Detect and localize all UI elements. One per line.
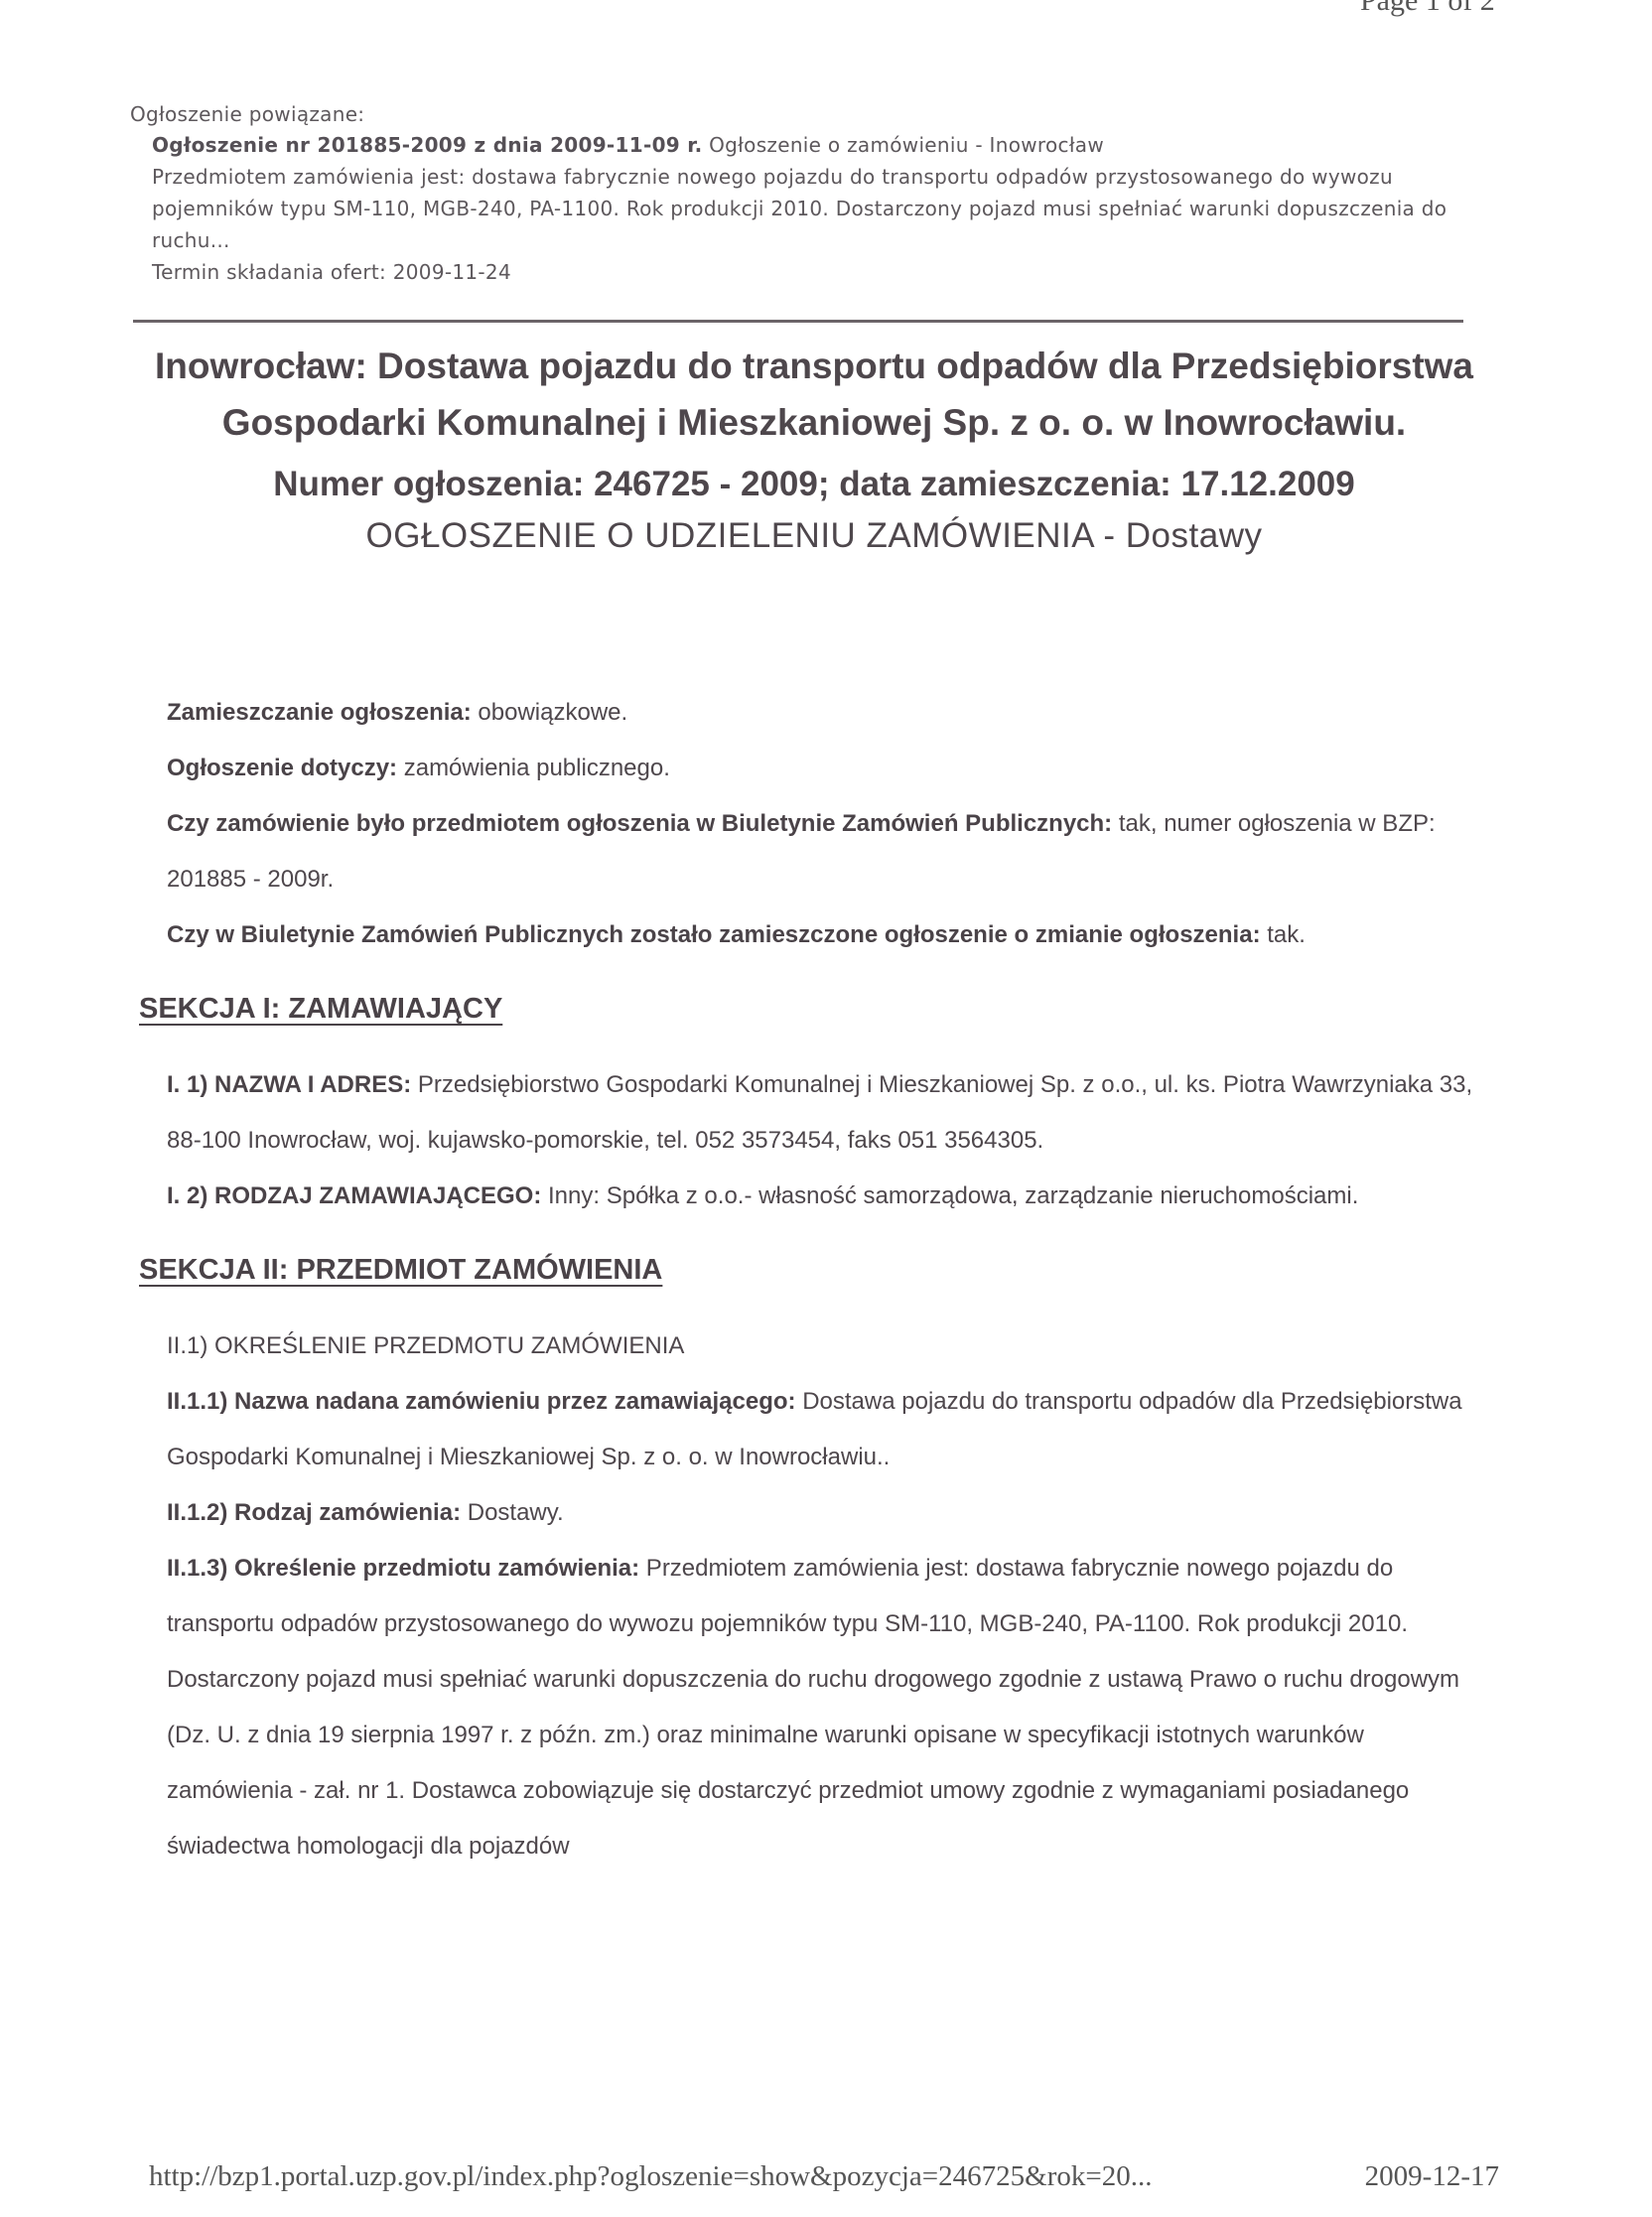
field-name-address: I. 1) NAZWA I ADRES: Przedsiębiorstwo Go… bbox=[167, 1057, 1477, 1169]
field-contracting-type: I. 2) RODZAJ ZAMAWIAJĄCEGO: Inny: Spółka… bbox=[167, 1169, 1477, 1224]
related-notice-summary: Przedmiotem zamówienia jest: dostawa fab… bbox=[152, 161, 1500, 256]
field-placement: Zamieszczanie ogłoszenia: obowiązkowe. bbox=[167, 685, 1477, 741]
related-notice-kind: Ogłoszenie o zamówieniu - Inowrocław bbox=[702, 133, 1104, 157]
field-label: I. 1) NAZWA I ADRES: bbox=[167, 1071, 411, 1098]
related-notice-item: Ogłoszenie nr 201885-2009 z dnia 2009-11… bbox=[152, 129, 1500, 288]
field-contract-subject: II.1.3) Określenie przedmiotu zamówienia… bbox=[167, 1541, 1477, 1874]
footer-url[interactable]: http://bzp1.portal.uzp.gov.pl/index.php?… bbox=[149, 2160, 1152, 2193]
notice-content: Zamieszczanie ogłoszenia: obowiązkowe. O… bbox=[167, 685, 1477, 1874]
page-title: Inowrocław: Dostawa pojazdu do transport… bbox=[139, 338, 1489, 451]
field-label: II.1.2) Rodzaj zamówienia: bbox=[167, 1499, 461, 1526]
section-1-heading: SEKCJA I: ZAMAWIAJĄCY bbox=[139, 993, 1477, 1026]
intro-fields: Zamieszczanie ogłoszenia: obowiązkowe. O… bbox=[167, 685, 1477, 963]
footer-date: 2009-12-17 bbox=[1365, 2160, 1499, 2193]
field-bzp-change: Czy w Biuletynie Zamówień Publicznych zo… bbox=[167, 907, 1477, 963]
field-label: II.1.3) Określenie przedmiotu zamówienia… bbox=[167, 1555, 639, 1582]
related-notice-title[interactable]: Ogłoszenie nr 201885-2009 z dnia 2009-11… bbox=[152, 133, 702, 157]
field-value: zamówienia publicznego. bbox=[397, 755, 670, 781]
print-footer: http://bzp1.portal.uzp.gov.pl/index.php?… bbox=[149, 2160, 1499, 2193]
field-value: Inny: Spółka z o.o.- własność samorządow… bbox=[541, 1182, 1358, 1209]
field-concerns: Ogłoszenie dotyczy: zamówienia publiczne… bbox=[167, 741, 1477, 796]
section-2-subheading: II.1) OKREŚLENIE PRZEDMOTU ZAMÓWIENIA bbox=[167, 1318, 1477, 1374]
field-label: II.1.1) Nazwa nadana zamówieniu przez za… bbox=[167, 1388, 796, 1415]
notice-type-line: OGŁOSZENIE O UDZIELENIU ZAMÓWIENIA - Dos… bbox=[139, 512, 1489, 560]
field-label: Ogłoszenie dotyczy: bbox=[167, 755, 397, 781]
field-value: tak. bbox=[1261, 921, 1306, 948]
page-indicator: Page 1 of 2 bbox=[1360, 0, 1495, 18]
field-label: Czy zamówienie było przedmiotem ogłoszen… bbox=[167, 810, 1112, 837]
field-value: Przedmiotem zamówienia jest: dostawa fab… bbox=[167, 1555, 1459, 1860]
field-label: Zamieszczanie ogłoszenia: bbox=[167, 699, 472, 726]
field-contract-type: II.1.2) Rodzaj zamówienia: Dostawy. bbox=[167, 1485, 1477, 1541]
related-label: Ogłoszenie powiązane: bbox=[130, 99, 1500, 129]
field-contract-name: II.1.1) Nazwa nadana zamówieniu przez za… bbox=[167, 1374, 1477, 1485]
field-bzp-notice: Czy zamówienie było przedmiotem ogłoszen… bbox=[167, 796, 1477, 907]
divider bbox=[133, 320, 1463, 323]
field-value: Dostawy. bbox=[461, 1499, 564, 1526]
section-2-heading: SEKCJA II: PRZEDMIOT ZAMÓWIENIA bbox=[139, 1254, 1477, 1287]
notice-header: Inowrocław: Dostawa pojazdu do transport… bbox=[139, 338, 1489, 560]
field-label: Czy w Biuletynie Zamówień Publicznych zo… bbox=[167, 921, 1261, 948]
field-label: I. 2) RODZAJ ZAMAWIAJĄCEGO: bbox=[167, 1182, 541, 1209]
related-notice-deadline: Termin składania ofert: 2009-11-24 bbox=[152, 256, 1500, 288]
notice-number-line: Numer ogłoszenia: 246725 - 2009; data za… bbox=[139, 457, 1489, 512]
related-notice: Ogłoszenie powiązane: Ogłoszenie nr 2018… bbox=[130, 99, 1500, 288]
field-value: obowiązkowe. bbox=[472, 699, 627, 726]
